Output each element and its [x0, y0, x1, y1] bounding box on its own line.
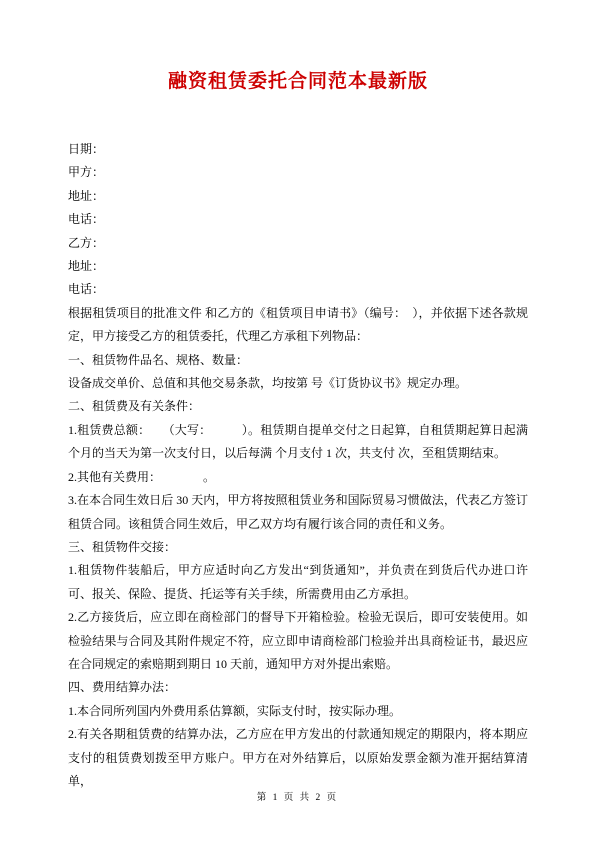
- contract-paragraph: 一、租赁物件品名、规格、数量：: [68, 349, 528, 372]
- contract-paragraph: 1.本合同所列国内外费用系估算额，实际支付时，按实际办理。: [68, 700, 528, 723]
- field-label: 电话：: [68, 208, 528, 231]
- contract-paragraph: 根据租赁项目的批准文件 和乙方的《租赁项目申请书》（编号： ），并依据下述各款规…: [68, 302, 528, 349]
- contract-paragraph: 四、费用结算办法：: [68, 676, 528, 699]
- field-label: 乙方：: [68, 232, 528, 255]
- field-label: 地址：: [68, 185, 528, 208]
- contract-paragraph: 1.租赁物件装船后，甲方应适时向乙方发出“到货通知”，并负责在到货后代办进口许可…: [68, 559, 528, 606]
- field-label: 地址：: [68, 255, 528, 278]
- contract-paragraph: 设备成交单价、总值和其他交易条款，均按第 号《订货协议书》规定办理。: [68, 372, 528, 395]
- contract-paragraph: 2.有关各期租赁费的结算办法，乙方应在甲方发出的付款通知规定的期限内，将本期应支…: [68, 723, 528, 793]
- field-label: 甲方：: [68, 161, 528, 184]
- document-title: 融资租赁委托合同范本最新版: [68, 70, 528, 94]
- contract-paragraphs: 根据租赁项目的批准文件 和乙方的《租赁项目申请书》（编号： ），并依据下述各款规…: [68, 302, 528, 794]
- document-body: 日期： 甲方： 地址： 电话： 乙方： 地址： 电话： 根据租赁项目的批准文件 …: [68, 138, 528, 793]
- document-page: 融资租赁委托合同范本最新版 日期： 甲方： 地址： 电话： 乙方： 地址： 电话…: [0, 0, 595, 841]
- contract-paragraph: 二、租赁费及有关条件：: [68, 395, 528, 418]
- contract-paragraph: 2.乙方接货后，应立即在商检部门的督导下开箱检验。检验无误后，即可安装使用。如检…: [68, 606, 528, 676]
- field-label-list: 日期： 甲方： 地址： 电话： 乙方： 地址： 电话：: [68, 138, 528, 302]
- field-label: 电话：: [68, 278, 528, 301]
- page-number-footer: 第 1 页 共 2 页: [0, 789, 595, 803]
- field-label: 日期：: [68, 138, 528, 161]
- contract-paragraph: 2.其他有关费用： 。: [68, 466, 528, 489]
- contract-paragraph: 1.租赁费总额： （大写： ）。租赁期自提单交付之日起算，自租赁期起算日起满 个…: [68, 419, 528, 466]
- contract-paragraph: 3.在本合同生效日后 30 天内，甲方将按照租赁业务和国际贸易习惯做法，代表乙方…: [68, 489, 528, 536]
- contract-paragraph: 三、租赁物件交接：: [68, 536, 528, 559]
